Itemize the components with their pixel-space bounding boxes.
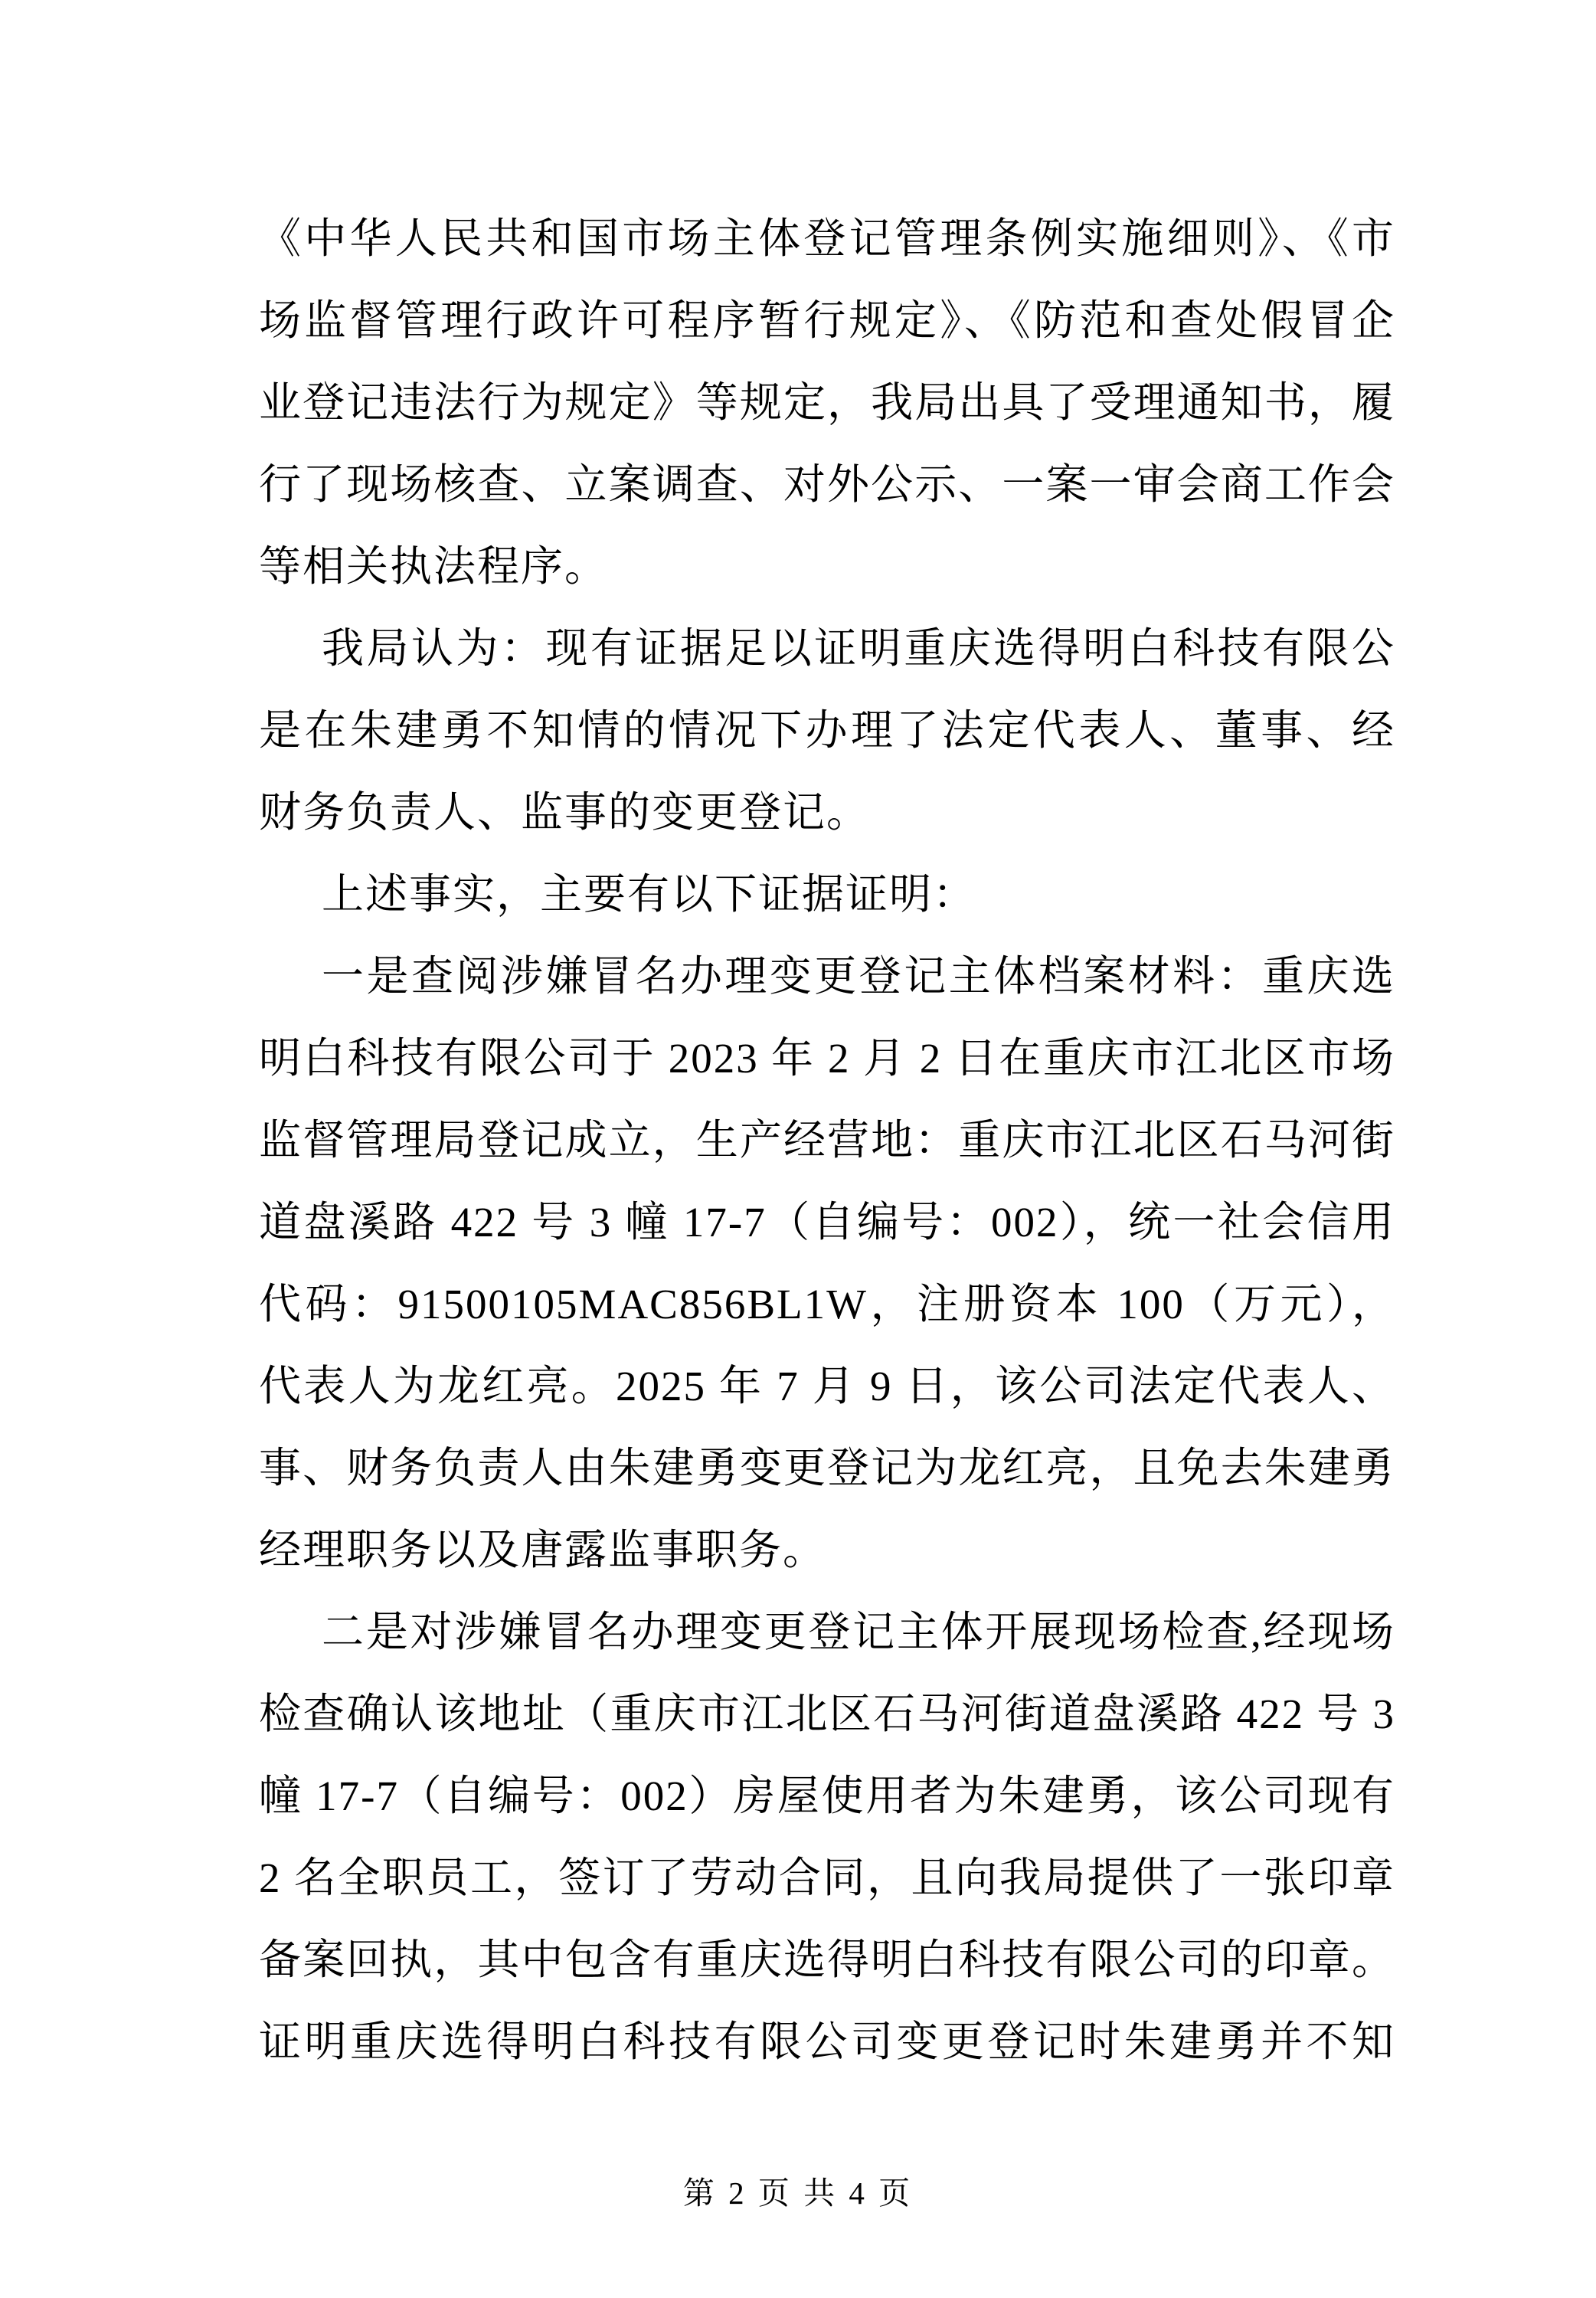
text-line: 是在朱建勇不知情的情况下办理了法定代表人、董事、经理、	[259, 689, 1395, 771]
text-line: 备案回执，其中包含有重庆选得明白科技有限公司的印章。	[259, 1919, 1395, 2001]
text-line: 证明重庆选得明白科技有限公司变更登记时朱建勇并不知	[259, 2001, 1395, 2083]
text-line: 财务负责人、监事的变更登记。	[259, 771, 1395, 853]
text-line: 场监督管理行政许可程序暂行规定》、《防范和查处假冒企	[259, 280, 1395, 362]
text-line: 行了现场核查、立案调查、对外公示、一案一审会商工作会	[259, 444, 1395, 525]
text-line: 上述事实，主要有以下证据证明：	[259, 853, 1395, 935]
paragraph: 一是查阅涉嫌冒名办理变更登记主体档案材料：重庆选得明白科技有限公司于 2023 …	[259, 935, 1395, 1591]
text-line: 业登记违法行为规定》等规定，我局出具了受理通知书，履	[259, 362, 1395, 444]
text-line: 道盘溪路 422 号 3 幢 17-7（自编号：002），统一社会信用	[259, 1181, 1395, 1263]
page-number: 第 2 页 共 4 页	[683, 2175, 913, 2211]
paragraph: 二是对涉嫌冒名办理变更登记主体开展现场检查,经现场检查确认该地址（重庆市江北区石…	[259, 1591, 1395, 2083]
text-line: 监督管理局登记成立，生产经营地：重庆市江北区石马河街	[259, 1099, 1395, 1181]
text-line: 《中华人民共和国市场主体登记管理条例实施细则》、《市	[259, 198, 1395, 280]
text-line: 幢 17-7（自编号：002）房屋使用者为朱建勇，该公司现有	[259, 1755, 1395, 1837]
paragraph: 《中华人民共和国市场主体登记管理条例实施细则》、《市场监督管理行政许可程序暂行规…	[259, 198, 1395, 607]
text-line: 2 名全职员工，签订了劳动合同，且向我局提供了一张印章	[259, 1837, 1395, 1919]
document-body: 《中华人民共和国市场主体登记管理条例实施细则》、《市场监督管理行政许可程序暂行规…	[259, 198, 1395, 2083]
text-line: 事、财务负责人由朱建勇变更登记为龙红亮，且免去朱建勇	[259, 1427, 1395, 1509]
text-line: 等相关执法程序。	[259, 525, 1395, 607]
text-line: 一是查阅涉嫌冒名办理变更登记主体档案材料：重庆选得	[259, 935, 1395, 1017]
text-line: 代表人为龙红亮。2025 年 7 月 9 日，该公司法定代表人、董	[259, 1345, 1395, 1427]
text-line: 我局认为：现有证据足以证明重庆选得明白科技有限公司	[259, 607, 1395, 689]
paragraph: 上述事实，主要有以下证据证明：	[259, 853, 1395, 935]
text-line: 代码：91500105MAC856BL1W，注册资本 100（万元），法定	[259, 1263, 1395, 1345]
text-line: 经理职务以及唐露监事职务。	[259, 1509, 1395, 1591]
text-line: 二是对涉嫌冒名办理变更登记主体开展现场检查,经现场	[259, 1591, 1395, 1673]
page-footer: 第 2 页 共 4 页	[0, 2166, 1596, 2220]
text-line: 检查确认该地址（重庆市江北区石马河街道盘溪路 422 号 3	[259, 1673, 1395, 1755]
document-page: 《中华人民共和国市场主体登记管理条例实施细则》、《市场监督管理行政许可程序暂行规…	[0, 0, 1596, 2298]
text-line: 明白科技有限公司于 2023 年 2 月 2 日在重庆市江北区市场	[259, 1017, 1395, 1099]
paragraph: 我局认为：现有证据足以证明重庆选得明白科技有限公司是在朱建勇不知情的情况下办理了…	[259, 607, 1395, 853]
